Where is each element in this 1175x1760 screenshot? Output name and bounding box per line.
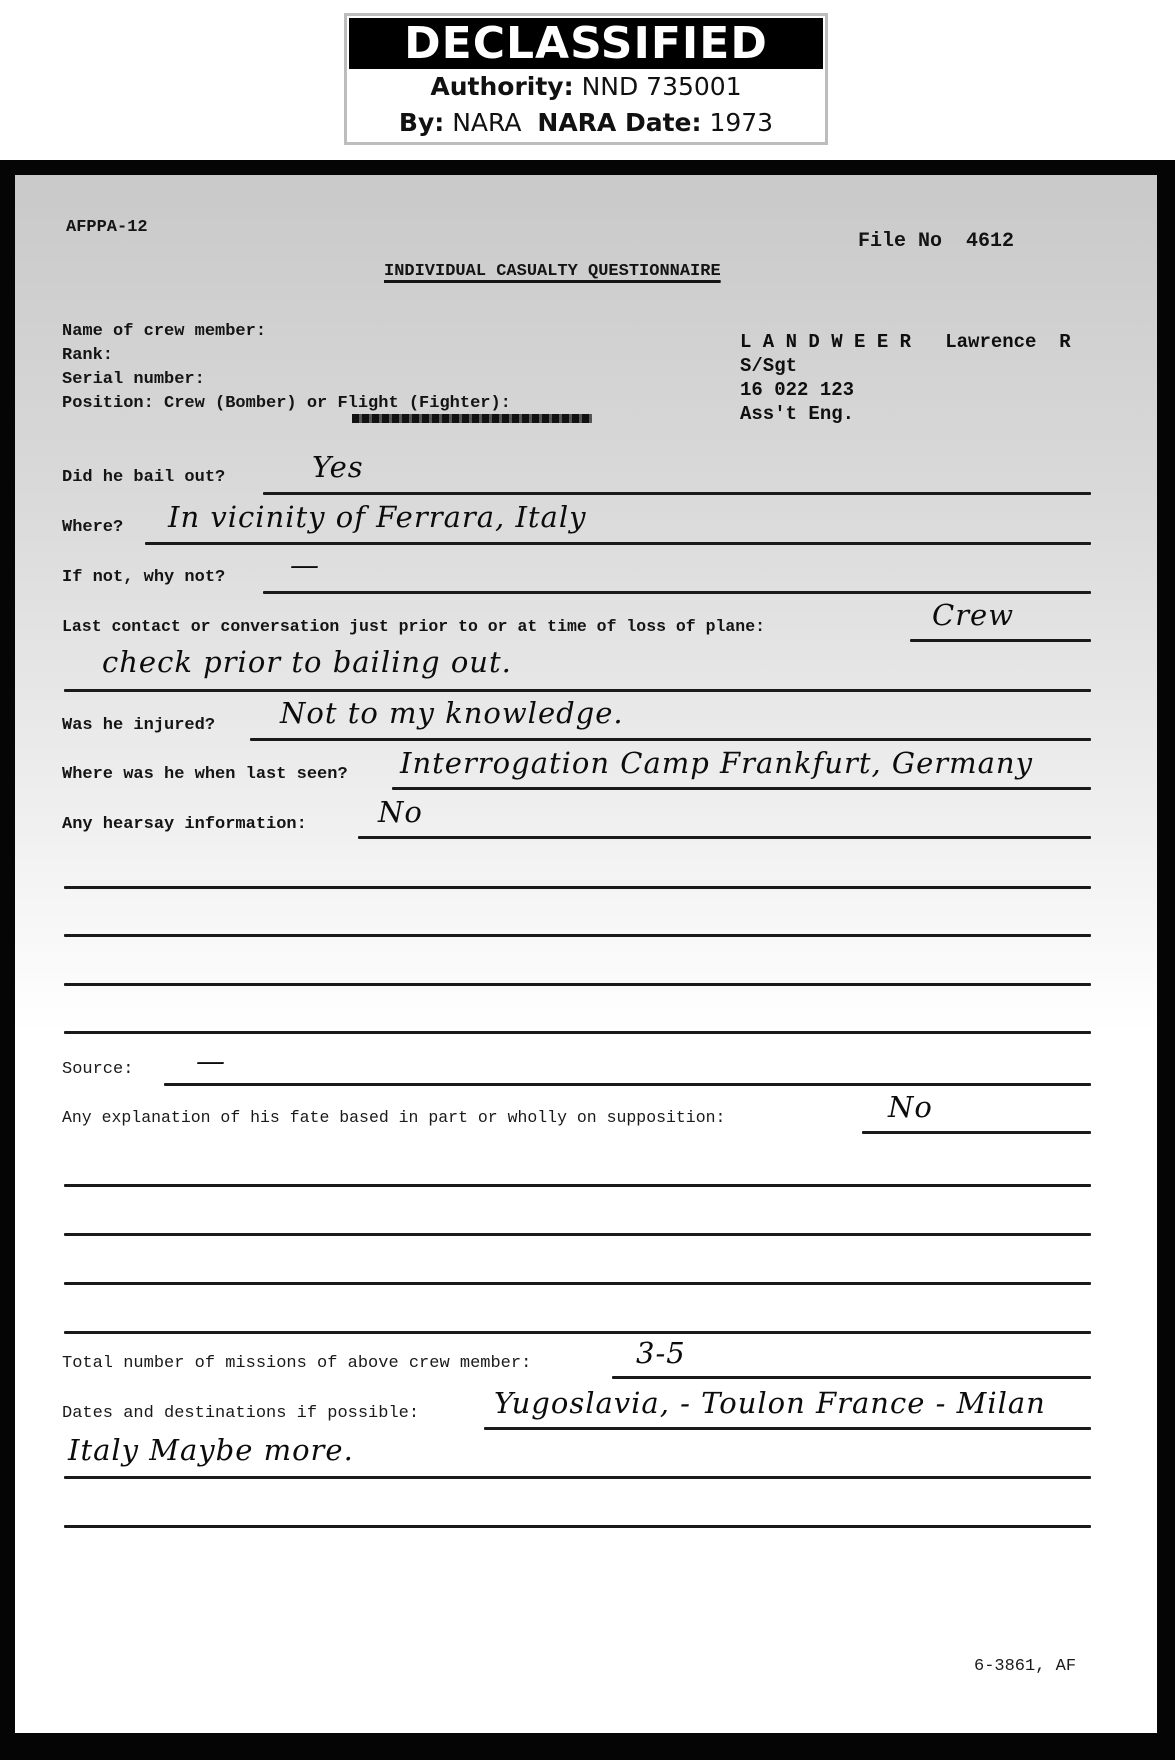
label-rank: Rank: <box>62 346 113 365</box>
file-number: File No 4612 <box>858 230 1014 253</box>
file-no-label: File No <box>858 230 942 253</box>
answer-destinations-2[interactable]: Italy Maybe more. <box>68 1433 354 1467</box>
blank-line <box>64 1525 1091 1528</box>
label-source: Source: <box>62 1060 133 1079</box>
form-code: AFPPA-12 <box>66 218 148 237</box>
blank-line <box>64 983 1091 986</box>
blank-line <box>64 1282 1091 1285</box>
blank-line <box>64 934 1091 937</box>
value-rank: S/Sgt <box>740 354 1071 378</box>
blank-line <box>64 1331 1091 1334</box>
answer-injured[interactable]: Not to my knowledge. <box>280 696 624 730</box>
label-where: Where? <box>62 518 123 537</box>
line-last-seen <box>392 787 1091 790</box>
line-hearsay <box>358 836 1091 839</box>
answer-bail-out[interactable]: Yes <box>312 450 364 484</box>
label-position: Position: Crew (Bomber) or Flight (Fight… <box>62 394 511 413</box>
authority-value: NND 735001 <box>582 72 742 101</box>
label-serial: Serial number: <box>62 370 205 389</box>
answer-hearsay[interactable]: No <box>378 795 423 829</box>
label-destinations: Dates and destinations if possible: <box>62 1404 419 1423</box>
date-label: NARA Date: <box>537 108 701 137</box>
label-name: Name of crew member: <box>62 322 266 341</box>
line-bail-out <box>263 492 1091 495</box>
label-last-contact: Last contact or conversation just prior … <box>62 617 765 636</box>
authority-label: Authority: <box>430 72 573 101</box>
line-last-contact-1 <box>910 639 1091 642</box>
value-position: Ass't Eng. <box>740 402 1071 426</box>
by-value: NARA <box>452 108 521 137</box>
line-missions <box>612 1376 1091 1379</box>
form-title: INDIVIDUAL CASUALTY QUESTIONNAIRE <box>384 262 721 281</box>
label-hearsay: Any hearsay information: <box>62 815 307 834</box>
answer-last-contact-2[interactable]: check prior to bailing out. <box>102 645 512 679</box>
answer-last-seen[interactable]: Interrogation Camp Frankfurt, Germany <box>400 746 1033 780</box>
answer-last-contact-1[interactable]: Crew <box>932 598 1014 632</box>
value-name: L A N D W E E R Lawrence R <box>740 330 1071 354</box>
crew-member-details: L A N D W E E R Lawrence R S/Sgt 16 022 … <box>740 330 1071 426</box>
answer-if-not[interactable]: — <box>290 548 320 582</box>
label-injured: Was he injured? <box>62 716 215 735</box>
stamp-by: By: NARA NARA Date: 1973 <box>347 105 825 141</box>
line-destinations-2 <box>64 1476 1091 1479</box>
line-explanation <box>862 1131 1091 1134</box>
struck-out-text <box>352 414 592 423</box>
answer-explanation[interactable]: No <box>888 1090 933 1124</box>
line-if-not <box>263 591 1091 594</box>
label-if-not: If not, why not? <box>62 568 225 587</box>
date-value: 1973 <box>709 108 773 137</box>
blank-line <box>64 1233 1091 1236</box>
label-last-seen: Where was he when last seen? <box>62 765 348 784</box>
value-serial: 16 022 123 <box>740 378 1071 402</box>
answer-source[interactable]: — <box>196 1044 226 1078</box>
answer-missions[interactable]: 3-5 <box>636 1336 686 1370</box>
file-no-value: 4612 <box>966 230 1014 253</box>
line-last-contact-2 <box>64 689 1091 692</box>
by-label: By: <box>399 108 444 137</box>
answer-where[interactable]: In vicinity of Ferrara, Italy <box>168 500 587 534</box>
stamp-title: DECLASSIFIED <box>349 18 823 69</box>
blank-line <box>64 1184 1091 1187</box>
footer-form-code: 6-3861, AF <box>974 1657 1076 1676</box>
line-injured <box>250 738 1091 741</box>
line-destinations-1 <box>484 1427 1091 1430</box>
blank-line <box>64 886 1091 889</box>
label-bail-out: Did he bail out? <box>62 468 225 487</box>
stamp-authority: Authority: NND 735001 <box>347 69 825 105</box>
blank-line <box>64 1031 1091 1034</box>
line-where <box>145 542 1091 545</box>
line-source <box>164 1083 1091 1086</box>
declassified-stamp: DECLASSIFIED Authority: NND 735001 By: N… <box>344 13 828 145</box>
label-missions: Total number of missions of above crew m… <box>62 1354 531 1373</box>
label-explanation: Any explanation of his fate based in par… <box>62 1108 725 1127</box>
answer-destinations-1[interactable]: Yugoslavia, - Toulon France - Milan <box>494 1386 1046 1420</box>
